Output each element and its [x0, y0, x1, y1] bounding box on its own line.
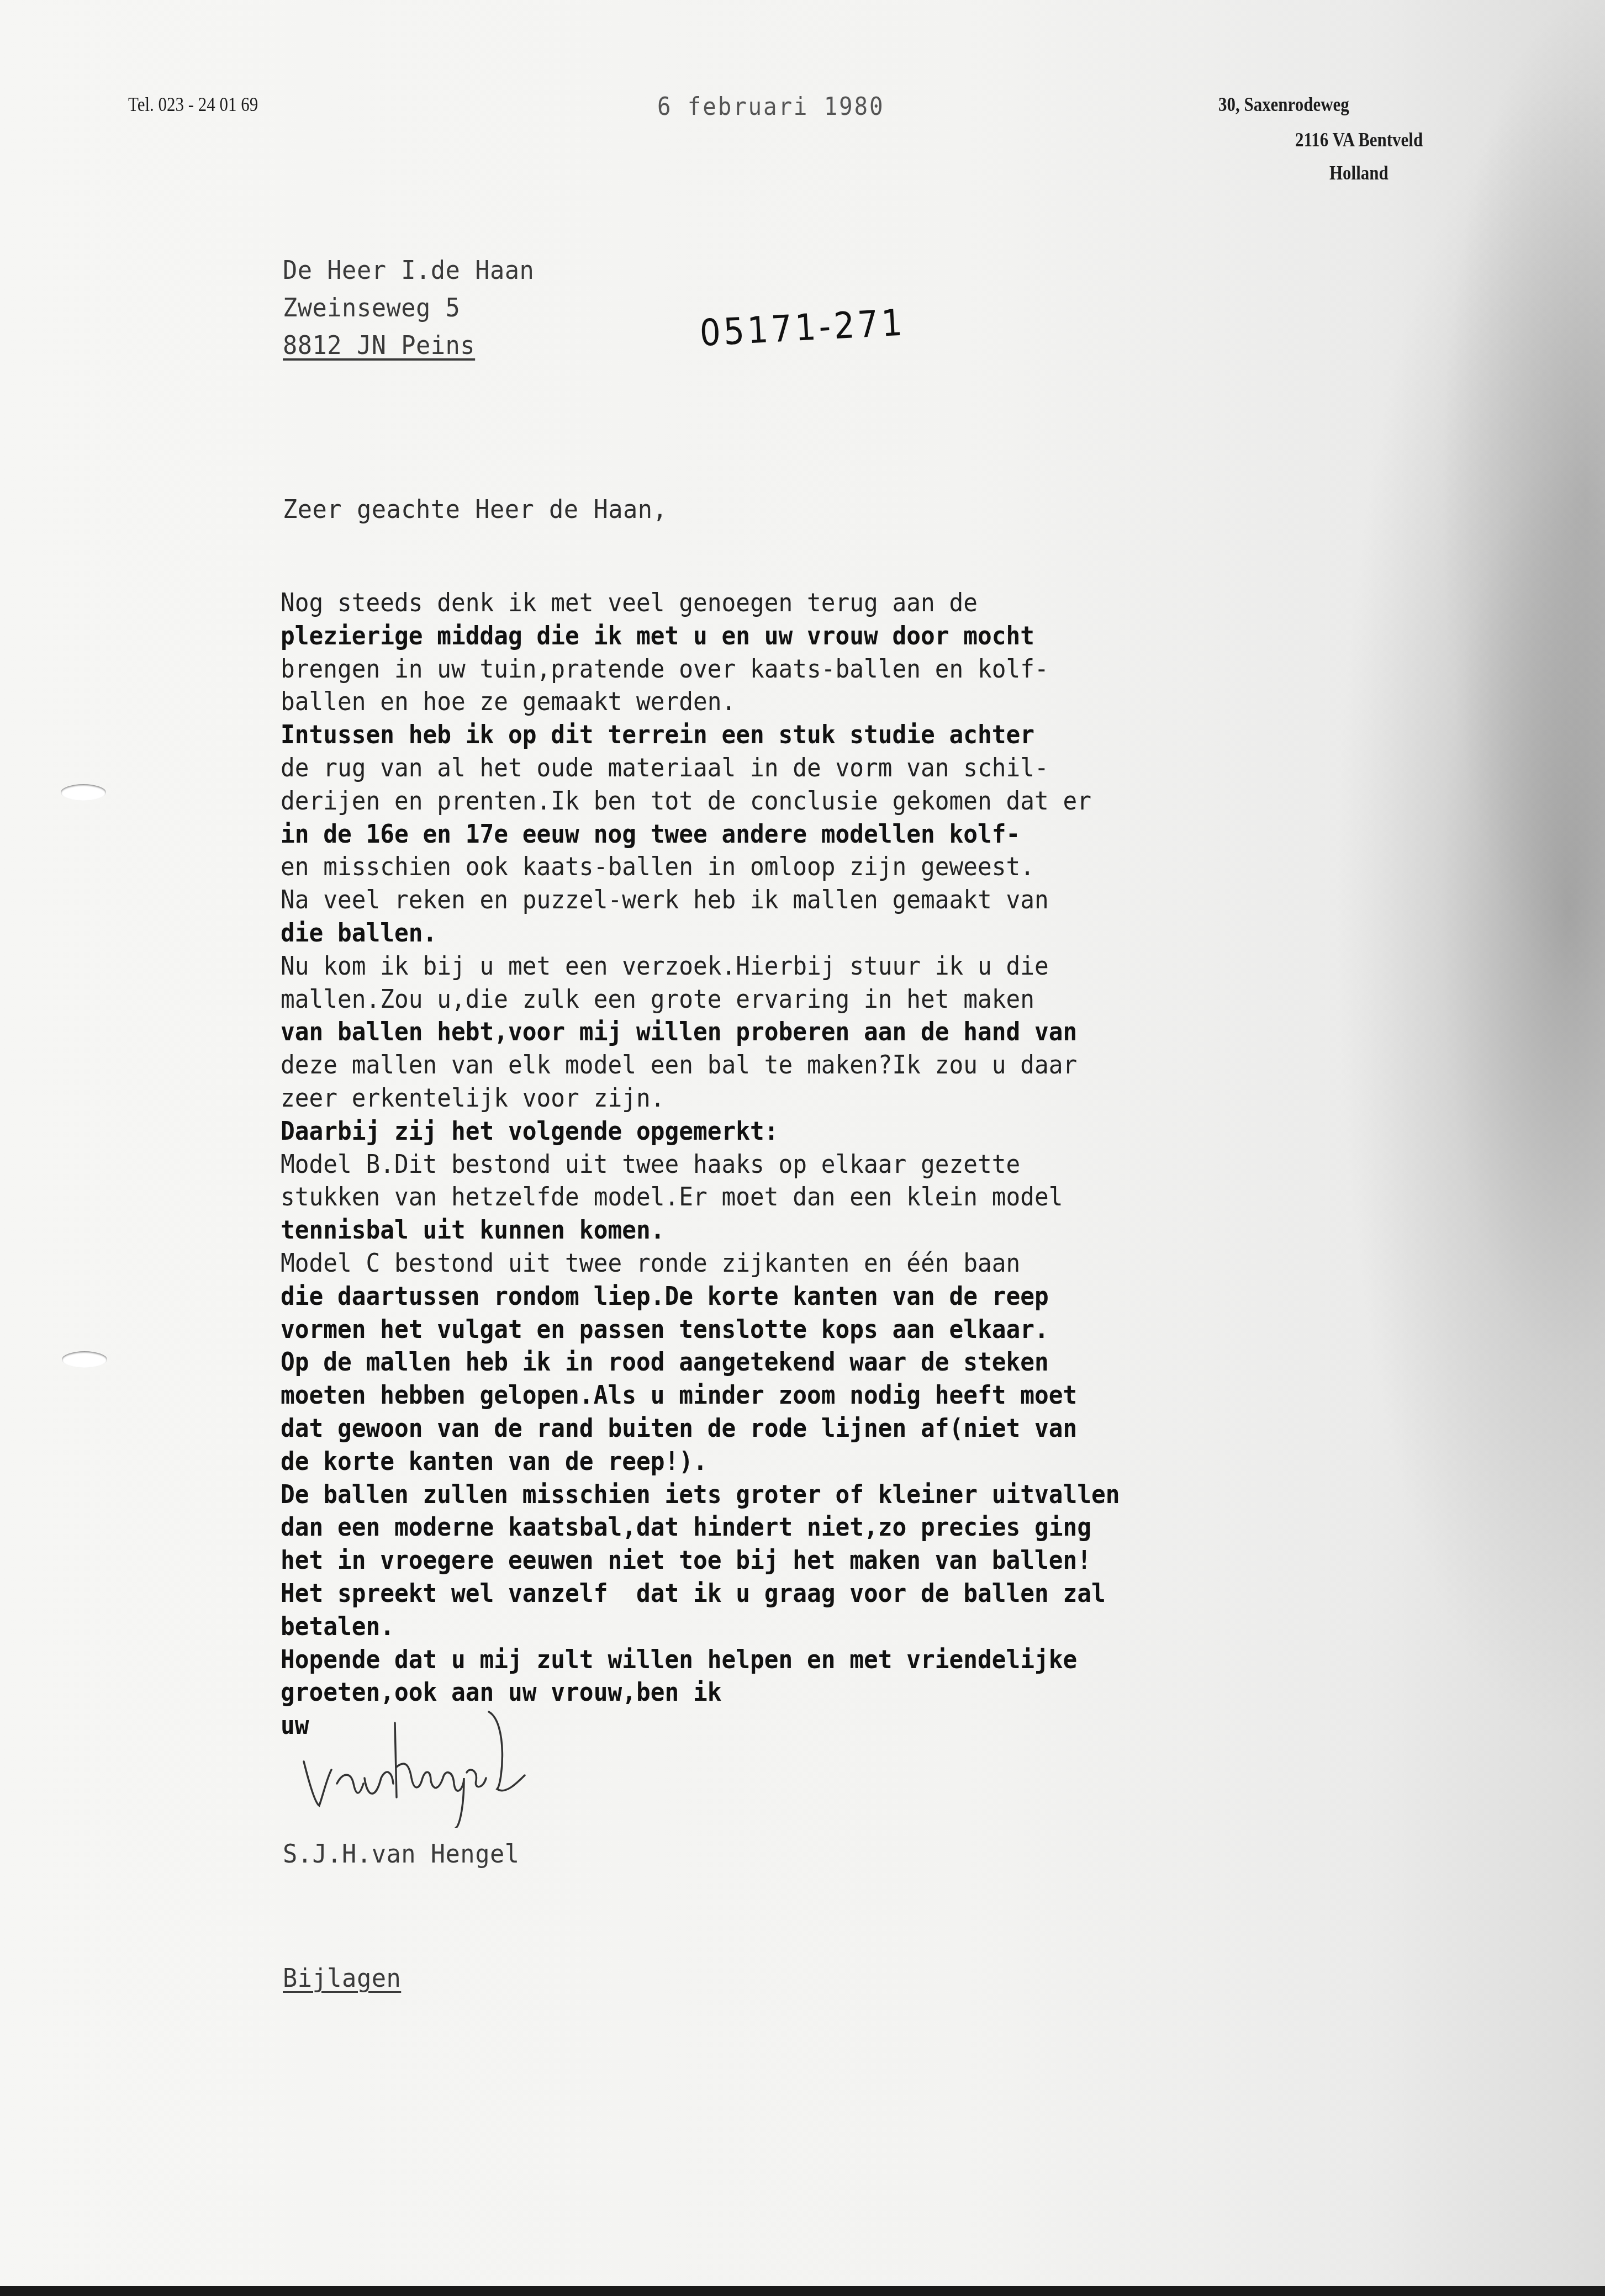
body-line: Nu kom ik bij u met een verzoek.Hierbij … [281, 950, 1120, 983]
letter-date: 6 februari 1980 [657, 93, 884, 121]
body-line: Op de mallen heb ik in rood aangetekend … [281, 1346, 1120, 1379]
body-line: van ballen hebt,voor mij willen proberen… [281, 1015, 1120, 1049]
body-line: Na veel reken en puzzel-werk heb ik mall… [281, 884, 1120, 917]
body-line: vormen het vulgat en passen tenslotte ko… [281, 1313, 1120, 1346]
body-line: De ballen zullen misschien iets groter o… [281, 1478, 1120, 1511]
punch-hole-bottom [62, 1351, 107, 1368]
letter-page: Tel. 023 - 24 01 69 6 februari 1980 30, … [0, 0, 1605, 2296]
recipient-name: De Heer I.de Haan [283, 255, 534, 285]
letterhead-street: 30, Saxenrodeweg [1218, 93, 1349, 116]
scan-bottom-edge [0, 2286, 1605, 2296]
handwritten-signature [298, 1701, 608, 1828]
body-line: ballen en hoe ze gemaakt werden. [281, 685, 1120, 718]
letter-body: Nog steeds denk ik met veel genoegen ter… [281, 586, 1183, 1742]
body-line: plezierige middag die ik met u en uw vro… [281, 620, 1120, 653]
letterhead-country: Holland [1329, 161, 1388, 184]
body-line: dan een moderne kaatsbal,dat hindert nie… [281, 1511, 1120, 1544]
body-line: de korte kanten van de reep!). [281, 1445, 1120, 1478]
body-line: zeer erkentelijk voor zijn. [281, 1082, 1120, 1115]
body-line: Model C bestond uit twee ronde zijkanten… [281, 1247, 1120, 1280]
enclosures-label: Bijlagen [283, 1963, 401, 1993]
recipient-street: Zweinseweg 5 [283, 293, 460, 323]
body-line: mallen.Zou u,die zulk een grote ervaring… [281, 983, 1120, 1016]
body-line: moeten hebben gelopen.Als u minder zoom … [281, 1379, 1120, 1412]
body-line: en misschien ook kaats-ballen in omloop … [281, 850, 1120, 884]
recipient-postal-city: 8812 JN Peins [283, 330, 475, 361]
body-line: derijen en prenten.Ik ben tot de conclus… [281, 785, 1120, 818]
body-line: de rug van al het oude materiaal in de v… [281, 752, 1120, 785]
body-line: die ballen. [281, 917, 1120, 950]
body-line: die daartussen rondom liep.De korte kant… [281, 1280, 1120, 1313]
body-line: Intussen heb ik op dit terrein een stuk … [281, 718, 1120, 752]
signer-name: S.J.H.van Hengel [283, 1839, 519, 1869]
body-line: dat gewoon van de rand buiten de rode li… [281, 1412, 1120, 1445]
body-line: brengen in uw tuin,pratende over kaats-b… [281, 653, 1120, 686]
letterhead-telephone: Tel. 023 - 24 01 69 [128, 93, 258, 116]
body-line: Model B.Dit bestond uit twee haaks op el… [281, 1148, 1120, 1181]
body-line: deze mallen van elk model een bal te mak… [281, 1049, 1120, 1082]
body-line: Nog steeds denk ik met veel genoegen ter… [281, 586, 1120, 620]
punch-hole-top [61, 784, 106, 801]
body-line: het in vroegere eeuwen niet toe bij het … [281, 1544, 1120, 1577]
body-line: in de 16e en 17e eeuw nog twee andere mo… [281, 818, 1120, 851]
salutation: Zeer geachte Heer de Haan, [283, 494, 667, 525]
body-line: Daarbij zij het volgende opgemerkt: [281, 1115, 1120, 1148]
body-line: betalen. [281, 1610, 1120, 1643]
body-line: stukken van hetzelfde model.Er moet dan … [281, 1181, 1120, 1214]
body-line: tennisbal uit kunnen komen. [281, 1214, 1120, 1247]
handwritten-reference-number: 05171-271 [699, 301, 906, 355]
body-line: Hopende dat u mij zult willen helpen en … [281, 1643, 1120, 1676]
body-line: Het spreekt wel vanzelf dat ik u graag v… [281, 1577, 1120, 1610]
letterhead-postal-city: 2116 VA Bentveld [1295, 128, 1423, 151]
